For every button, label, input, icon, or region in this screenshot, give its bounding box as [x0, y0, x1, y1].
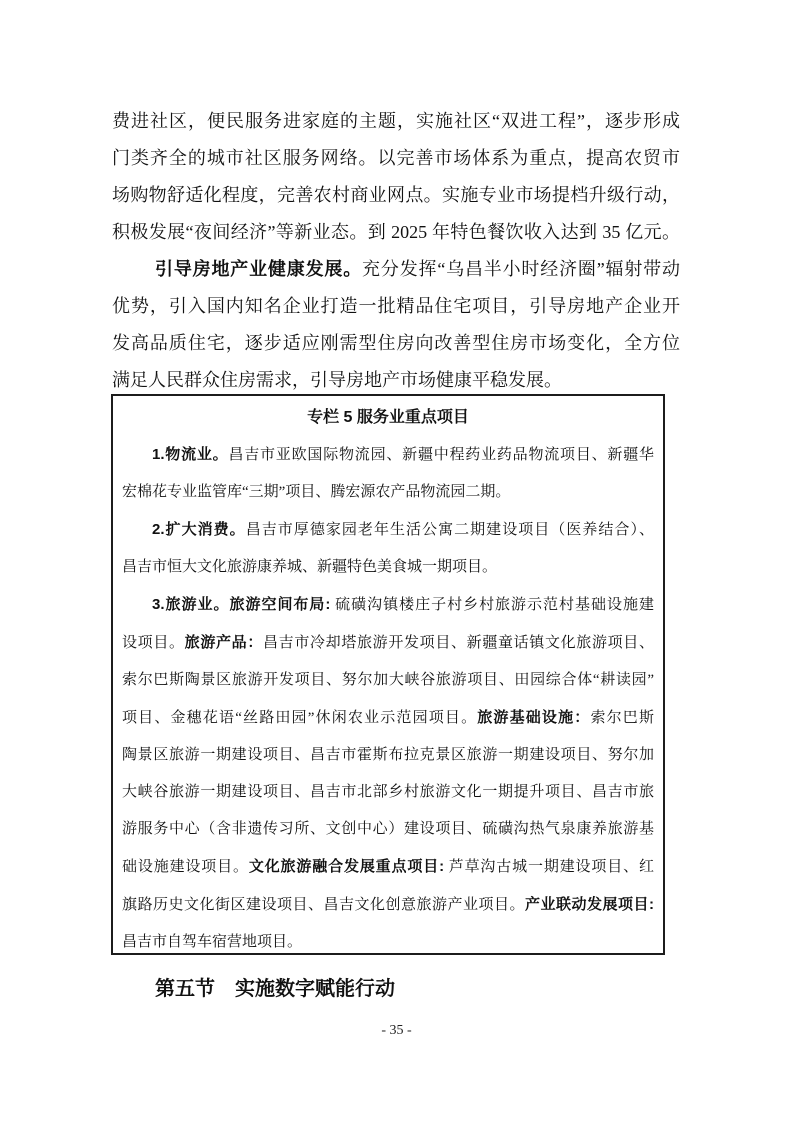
- page-number: - 35 -: [0, 1022, 793, 1040]
- text-line: 3.旅游业。旅游空间布局: 硫磺沟镇楼庄子村乡村旅游示范村基础设施建: [122, 586, 654, 624]
- text-line: 陶景区旅游一期建设项目、昌吉市霍斯布拉克景区旅游一期建设项目、努尔加: [122, 737, 654, 774]
- text-run: 设项目。: [122, 635, 185, 651]
- text-run: 大峡谷旅游一期建设项目、昌吉市北部乡村旅游文化一期提升项目、昌吉市旅: [122, 784, 654, 800]
- text-run: 项目、金穗花语“丝路田园”休闲农业示范园项目。: [122, 710, 477, 726]
- text-run: 满足人民群众住房需求，引导房地产市场健康平稳发展。: [112, 370, 562, 390]
- text-run: 索尔巴斯陶景区旅游开发项目、努尔加大峡谷旅游项目、田园综合体“耕读园”: [122, 672, 654, 688]
- text-run: 旗路历史文化街区建设项目、昌吉文化创意旅游产业项目。: [122, 897, 525, 913]
- text-line: 1.物流业。昌吉市亚欧国际物流园、新疆中程药业药品物流项目、新疆华: [122, 436, 654, 474]
- bold-run: 旅游基础设施：: [477, 709, 590, 726]
- paragraph-market-services: 费进社区，便民服务进家庭的主题，实施社区“双进工程”，逐步形成门类齐全的城市社区…: [112, 103, 680, 251]
- bold-run: 1.物流业。: [152, 446, 228, 463]
- section-heading: 第五节 实施数字赋能行动: [155, 974, 395, 1004]
- text-run: 硫磺沟镇楼庄子村乡村旅游示范村基础设施建: [330, 597, 654, 613]
- text-run: 游服务中心（含非遗传习所、文创中心）建设项目、硫磺沟热气泉康养旅游基: [122, 821, 654, 837]
- text-line: 大峡谷旅游一期建设项目、昌吉市北部乡村旅游文化一期提升项目、昌吉市旅: [122, 774, 654, 811]
- text-run: 索尔巴斯: [590, 710, 654, 726]
- text-run: 发高品质住宅，逐步适应刚需型住房向改善型住房市场变化，全方位: [112, 333, 680, 353]
- bold-run: 3.旅游业。旅游空间布局:: [152, 596, 330, 613]
- text-run: 昌吉市厚德家园老年生活公寓二期建设项目（医养结合）、: [246, 522, 654, 538]
- text-line: 引导房地产业健康发展。充分发挥“乌昌半小时经济圈”辐射带动: [112, 251, 680, 288]
- text-line: 场购物舒适化程度，完善农村商业网点。实施专业市场提档升级行动，: [112, 177, 680, 214]
- text-run: 昌吉市恒大文化旅游康养城、新疆特色美食城一期项目。: [122, 559, 497, 575]
- text-run: 昌吉市自驾车宿营地项目。: [122, 934, 302, 950]
- feature-box-title: 专栏 5 服务业重点项目: [122, 399, 654, 436]
- text-line: 优势，引入国内知名企业打造一批精品住宅项目，引导房地产企业开: [112, 288, 680, 325]
- text-line: 项目、金穗花语“丝路田园”休闲农业示范园项目。旅游基础设施：索尔巴斯: [122, 699, 654, 737]
- bold-run: 引导房地产业健康发展。: [155, 259, 362, 279]
- bold-run: 产业联动发展项目:: [525, 896, 654, 913]
- text-run: 积极发展“夜间经济”等新业态。到 2025 年特色餐饮收入达到 35 亿元。: [112, 222, 680, 242]
- text-line: 游服务中心（含非遗传习所、文创中心）建设项目、硫磺沟热气泉康养旅游基: [122, 811, 654, 848]
- text-line: 宏棉花专业监管库“三期”项目、腾宏源农产品物流园二期。: [122, 474, 654, 511]
- bold-run: 旅游产品：: [185, 634, 263, 651]
- feature-box: 专栏 5 服务业重点项目 1.物流业。昌吉市亚欧国际物流园、新疆中程药业药品物流…: [111, 394, 665, 955]
- text-line: 设项目。旅游产品：昌吉市冷却塔旅游开发项目、新疆童话镇文化旅游项目、: [122, 624, 654, 662]
- box-item-consumption: 2.扩大消费。昌吉市厚德家园老年生活公寓二期建设项目（医养结合）、昌吉市恒大文化…: [122, 511, 654, 586]
- text-run: 费进社区，便民服务进家庭的主题，实施社区“双进工程”，逐步形成: [112, 111, 680, 131]
- text-run: 陶景区旅游一期建设项目、昌吉市霍斯布拉克景区旅游一期建设项目、努尔加: [122, 747, 654, 763]
- text-run: 场购物舒适化程度，完善农村商业网点。实施专业市场提档升级行动，: [112, 185, 680, 205]
- bold-run: 文化旅游融合发展重点项目:: [249, 858, 444, 875]
- text-line: 积极发展“夜间经济”等新业态。到 2025 年特色餐饮收入达到 35 亿元。: [112, 214, 680, 251]
- body-text: 费进社区，便民服务进家庭的主题，实施社区“双进工程”，逐步形成门类齐全的城市社区…: [112, 103, 680, 399]
- document-page: 费进社区，便民服务进家庭的主题，实施社区“双进工程”，逐步形成门类齐全的城市社区…: [0, 0, 793, 1122]
- box-item-tourism: 3.旅游业。旅游空间布局: 硫磺沟镇楼庄子村乡村旅游示范村基础设施建设项目。旅游…: [122, 586, 654, 961]
- text-run: 昌吉市冷却塔旅游开发项目、新疆童话镇文化旅游项目、: [263, 635, 654, 651]
- text-line: 发高品质住宅，逐步适应刚需型住房向改善型住房市场变化，全方位: [112, 325, 680, 362]
- paragraph-real-estate: 引导房地产业健康发展。充分发挥“乌昌半小时经济圈”辐射带动优势，引入国内知名企业…: [112, 251, 680, 399]
- text-line: 门类齐全的城市社区服务网络。以完善市场体系为重点，提高农贸市: [112, 140, 680, 177]
- text-line: 费进社区，便民服务进家庭的主题，实施社区“双进工程”，逐步形成: [112, 103, 680, 140]
- text-run: 础设施建设项目。: [122, 859, 249, 875]
- text-line: 2.扩大消费。昌吉市厚德家园老年生活公寓二期建设项目（医养结合）、: [122, 511, 654, 549]
- text-run: 芦草沟古城一期建设项目、红: [444, 859, 654, 875]
- text-run: 门类齐全的城市社区服务网络。以完善市场体系为重点，提高农贸市: [112, 148, 680, 168]
- text-run: 宏棉花专业监管库“三期”项目、腾宏源农产品物流园二期。: [122, 484, 510, 500]
- box-item-logistics: 1.物流业。昌吉市亚欧国际物流园、新疆中程药业药品物流项目、新疆华宏棉花专业监管…: [122, 436, 654, 511]
- bold-run: 2.扩大消费。: [152, 521, 246, 538]
- text-line: 旗路历史文化街区建设项目、昌吉文化创意旅游产业项目。产业联动发展项目:: [122, 886, 654, 924]
- text-line: 础设施建设项目。文化旅游融合发展重点项目: 芦草沟古城一期建设项目、红: [122, 848, 654, 886]
- text-line: 昌吉市自驾车宿营地项目。: [122, 924, 654, 961]
- text-run: 优势，引入国内知名企业打造一批精品住宅项目，引导房地产企业开: [112, 296, 680, 316]
- text-line: 索尔巴斯陶景区旅游开发项目、努尔加大峡谷旅游项目、田园综合体“耕读园”: [122, 662, 654, 699]
- text-line: 昌吉市恒大文化旅游康养城、新疆特色美食城一期项目。: [122, 549, 654, 586]
- text-run: 充分发挥“乌昌半小时经济圈”辐射带动: [362, 259, 680, 279]
- text-run: 昌吉市亚欧国际物流园、新疆中程药业药品物流项目、新疆华: [228, 447, 654, 463]
